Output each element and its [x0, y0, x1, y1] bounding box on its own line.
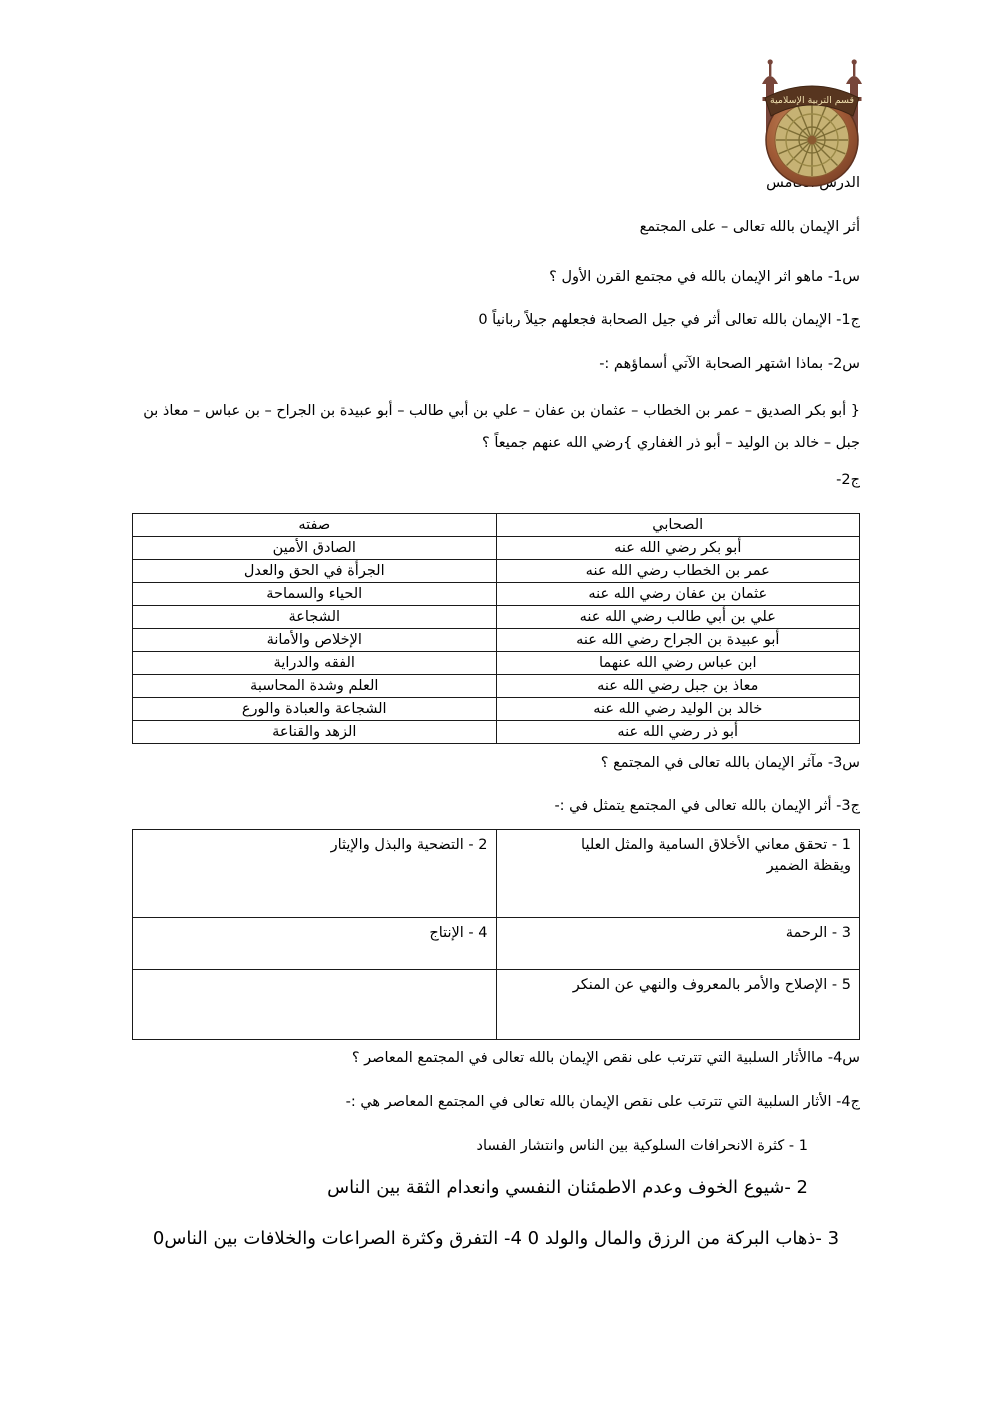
table-row: علي بن أبي طالب رضي الله عنه الشجاعة: [133, 606, 860, 629]
table-row: 5 - الإصلاح والأمر بالمعروف والنهي عن ال…: [133, 970, 860, 1040]
table-cell-effect: 5 - الإصلاح والأمر بالمعروف والنهي عن ال…: [496, 970, 860, 1040]
column-header-attribute: صفته: [133, 514, 497, 537]
table-cell-companion: معاذ بن جبل رضي الله عنه: [496, 675, 860, 698]
table-cell-companion: أبو بكر رضي الله عنه: [496, 537, 860, 560]
table-cell-attribute: الحياء والسماحة: [133, 583, 497, 606]
table-row: معاذ بن جبل رضي الله عنه العلم وشدة المح…: [133, 675, 860, 698]
table-row: عمر بن الخطاب رضي الله عنه الجرأة في الح…: [133, 560, 860, 583]
logo-banner-text: قسم التربية الإسلامية: [770, 95, 854, 106]
table-header-row: الصحابي صفته: [133, 514, 860, 537]
companions-names-list: { أبو بكر الصديق – عمر بن الخطاب – عثمان…: [132, 395, 860, 459]
table-cell-attribute: العلم وشدة المحاسبة: [133, 675, 497, 698]
mosque-emblem-icon: قسم التربية الإسلامية: [736, 56, 888, 192]
table-cell-effect: 3 - الرحمة: [496, 918, 860, 970]
table-row: أبو ذر رضي الله عنه الزهد والقناعة: [133, 721, 860, 744]
table-cell-companion: عمر بن الخطاب رضي الله عنه: [496, 560, 860, 583]
answer-1: ج1- الإيمان بالله تعالى أثر في جيل الصحا…: [132, 309, 860, 331]
table-row: ابن عباس رضي الله عنهما الفقه والدراية: [133, 652, 860, 675]
table-cell-effect-empty: [133, 970, 497, 1040]
negative-effect-item: 1 - كثرة الانحرافات السلوكية بين الناس و…: [132, 1135, 860, 1157]
table-cell-attribute: الفقه والدراية: [133, 652, 497, 675]
table-cell-attribute: الجرأة في الحق والعدل: [133, 560, 497, 583]
table-row: عثمان بن عفان رضي الله عنه الحياء والسما…: [133, 583, 860, 606]
column-header-companion: الصحابي: [496, 514, 860, 537]
table-cell-companion: أبو عبيدة بن الجراح رضي الله عنه: [496, 629, 860, 652]
department-logo: قسم التربية الإسلامية: [736, 56, 888, 192]
table-cell-attribute: الزهد والقناعة: [133, 721, 497, 744]
table-cell-attribute: الصادق الأمين: [133, 537, 497, 560]
table-row: أبو بكر رضي الله عنه الصادق الأمين: [133, 537, 860, 560]
table-cell-effect: 2 - التضحية والبذل والإيثار: [133, 830, 497, 918]
table-cell-companion: أبو ذر رضي الله عنه: [496, 721, 860, 744]
question-4: س4- ماالأثار السلبية التي تترتب على نقص …: [132, 1047, 860, 1069]
answer-3: ج3- أثر الإيمان بالله تعالى في المجتمع ي…: [132, 795, 860, 817]
negative-effect-item: 2 -شيوع الخوف وعدم الاطمئنان النفسي وانع…: [132, 1175, 860, 1201]
table-row: خالد بن الوليد رضي الله عنه الشجاعة والع…: [133, 698, 860, 721]
negative-effect-item: 3 -ذهاب البركة من الرزق والمال والولد 0 …: [132, 1221, 860, 1257]
answer-2-label: ج2-: [132, 469, 860, 491]
table-cell-attribute: الإخلاص والأمانة: [133, 629, 497, 652]
answer-4: ج4- الأثار السلبية التي تترتب على نقص ال…: [132, 1091, 860, 1113]
table-cell-attribute: الشجاعة: [133, 606, 497, 629]
table-cell-companion: علي بن أبي طالب رضي الله عنه: [496, 606, 860, 629]
table-cell-effect: 1 - تحقق معاني الأخلاق السامية والمثل ال…: [496, 830, 860, 918]
question-2: س2- بماذا اشتهر الصحابة الآتي أسماؤهم :-: [132, 353, 860, 375]
table-row: 3 - الرحمة 4 - الإنتاج: [133, 918, 860, 970]
lesson-subtitle: أثر الإيمان بالله تعالى – على المجتمع: [132, 216, 860, 238]
faith-effects-table: 1 - تحقق معاني الأخلاق السامية والمثل ال…: [132, 829, 860, 1040]
question-1: س1- ماهو اثر الإيمان بالله في مجتمع القر…: [132, 266, 860, 288]
table-cell-companion: ابن عباس رضي الله عنهما: [496, 652, 860, 675]
table-row: 1 - تحقق معاني الأخلاق السامية والمثل ال…: [133, 830, 860, 918]
table-cell-companion: خالد بن الوليد رضي الله عنه: [496, 698, 860, 721]
question-3: س3- مآثر الإيمان بالله تعالى في المجتمع …: [132, 752, 860, 774]
table-cell-companion: عثمان بن عفان رضي الله عنه: [496, 583, 860, 606]
document-page: قسم التربية الإسلامية الدرس الخامس أثر ا…: [0, 0, 992, 1403]
table-row: أبو عبيدة بن الجراح رضي الله عنه الإخلاص…: [133, 629, 860, 652]
table-cell-attribute: الشجاعة والعبادة والورع: [133, 698, 497, 721]
companions-table: الصحابي صفته أبو بكر رضي الله عنه الصادق…: [132, 513, 860, 744]
table-cell-effect: 4 - الإنتاج: [133, 918, 497, 970]
